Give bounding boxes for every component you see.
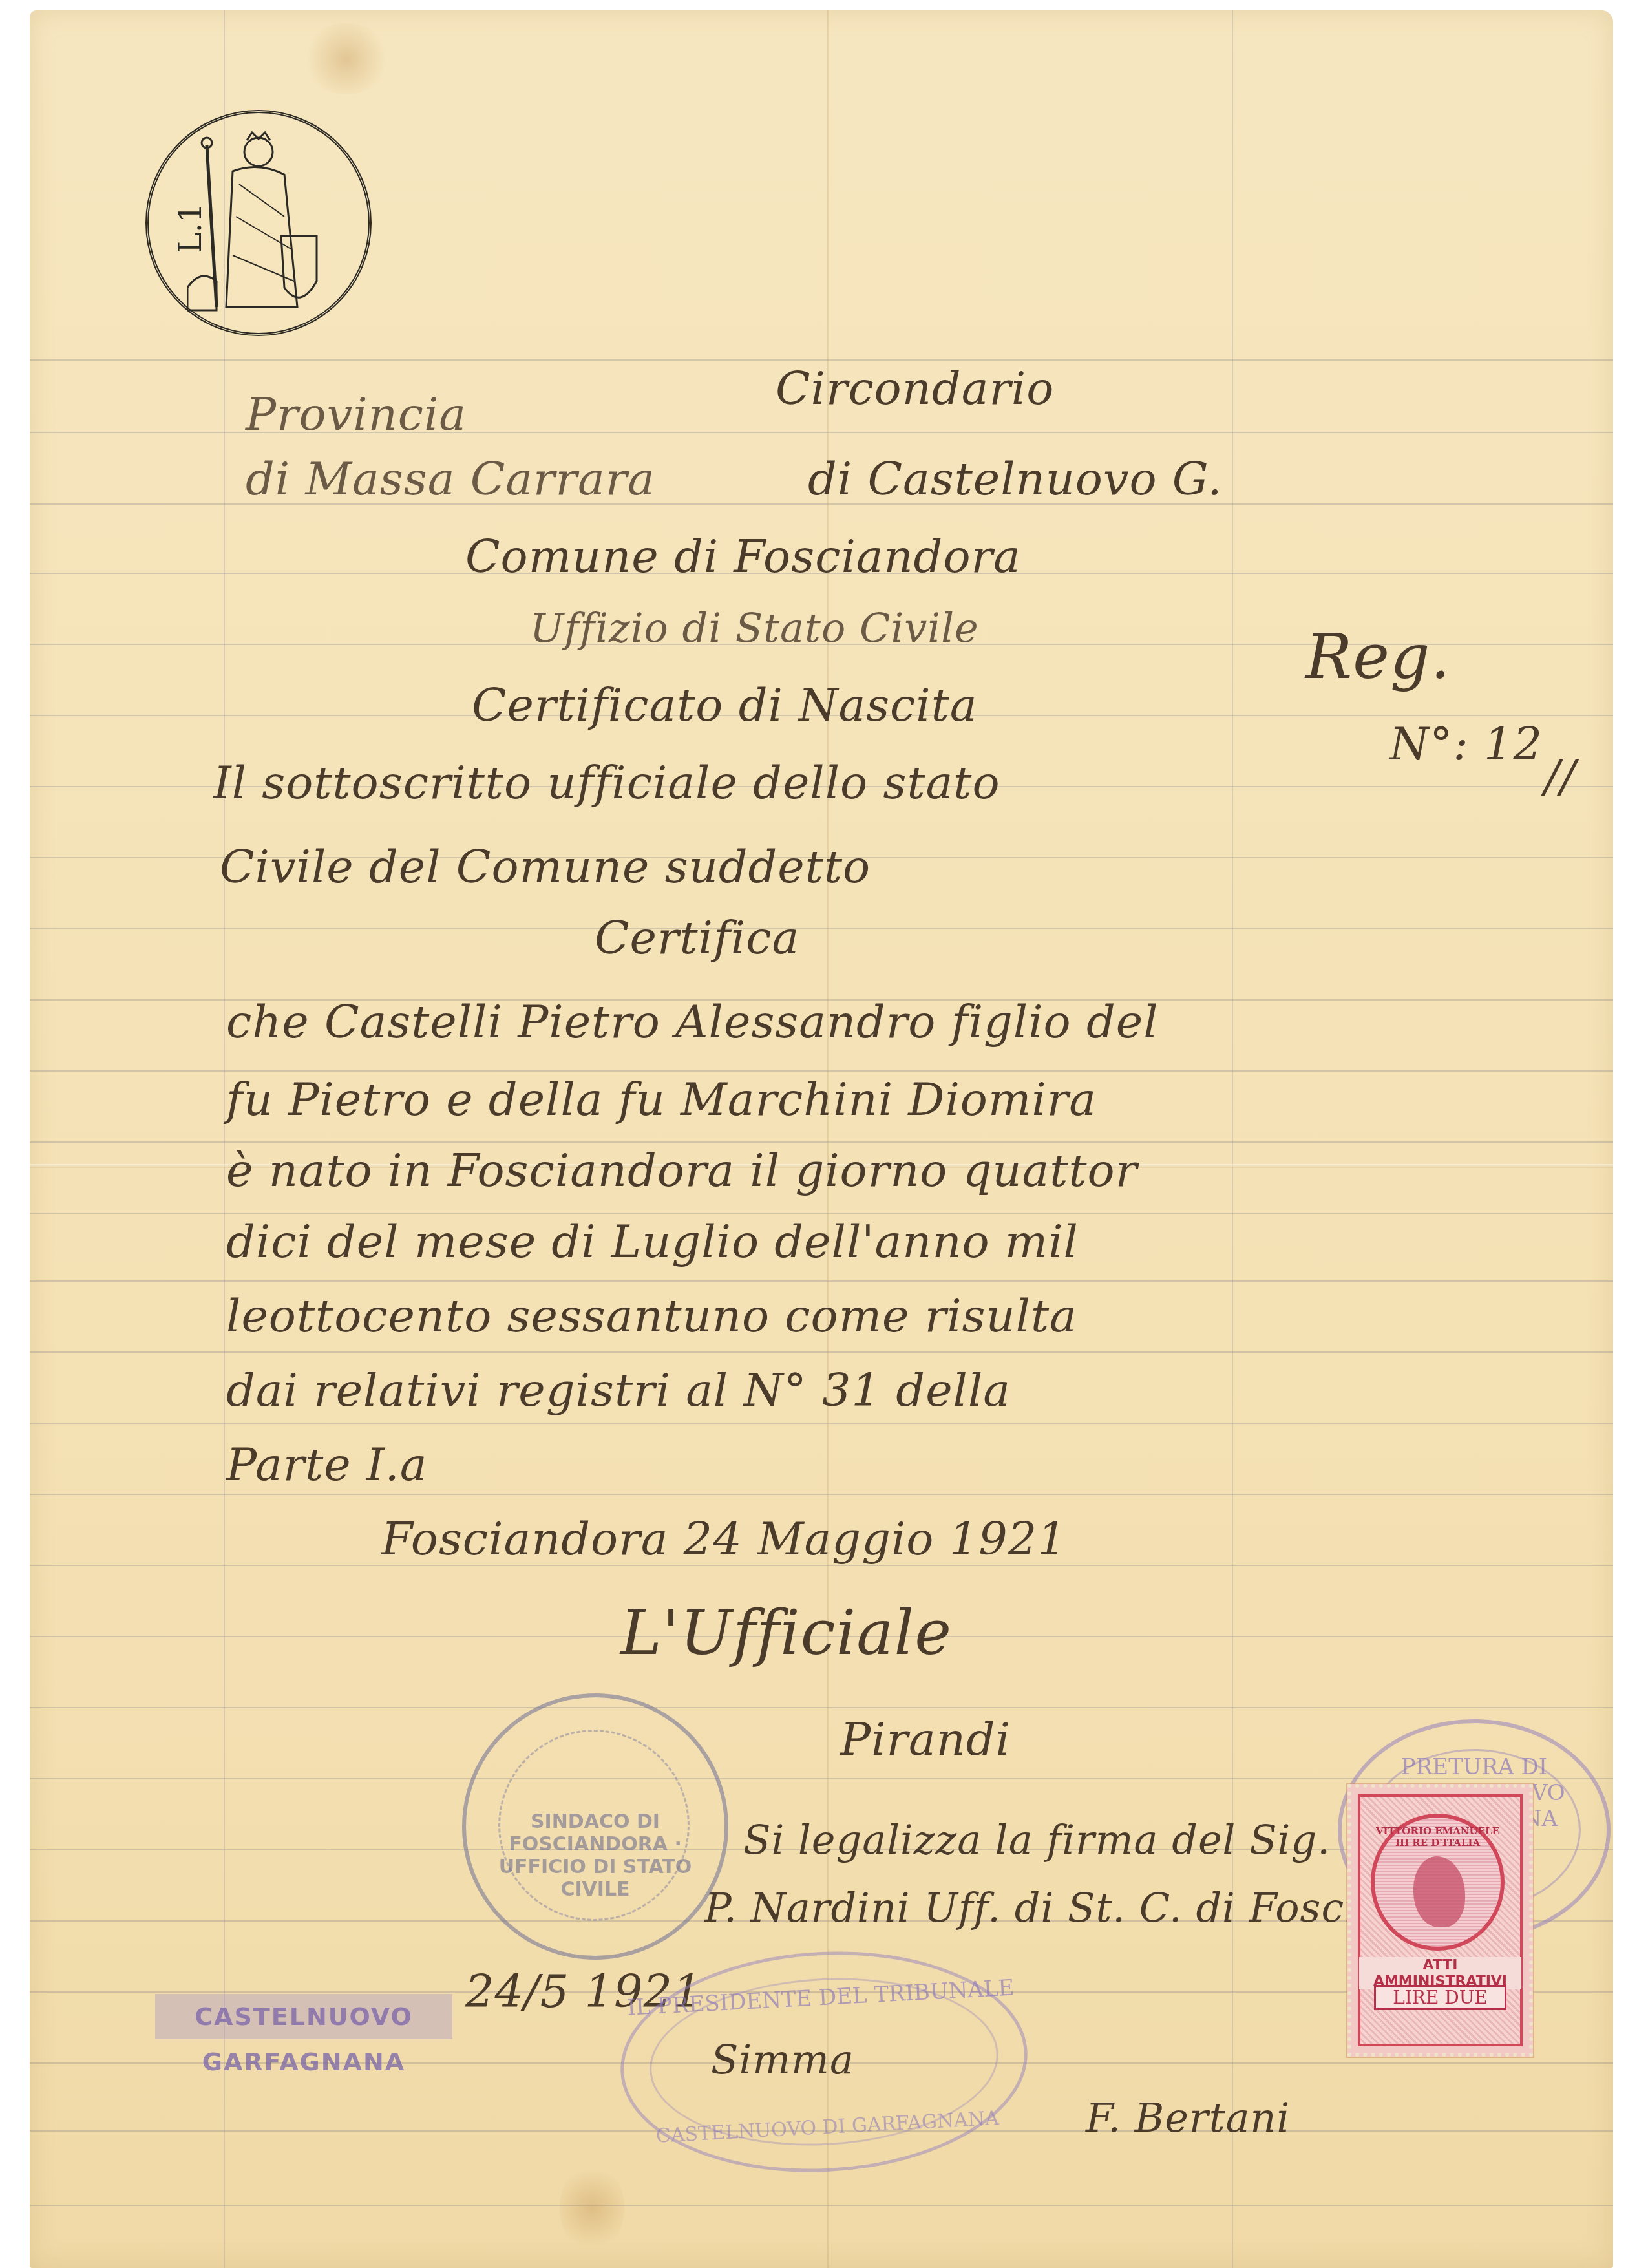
- italia-turrita-emblem: L.1: [145, 110, 372, 336]
- ufficio-name: Uffizio di Stato Civile: [530, 604, 979, 652]
- comune-name: Comune di Fosciandora: [465, 530, 1021, 583]
- ruled-line: [30, 359, 1613, 361]
- body-line-9: dai relativi registri al N° 31 della: [226, 1364, 1011, 1417]
- ruled-line: [30, 1070, 1613, 1072]
- register-label: Reg.: [1305, 620, 1451, 693]
- body-line-8: leottocento sessantuno come risulta: [226, 1289, 1077, 1342]
- margin-line: [224, 10, 225, 2268]
- body-line-5: fu Pietro e della fu Marchini Diomira: [226, 1073, 1097, 1126]
- italia-figure-icon: [187, 126, 330, 313]
- second-signature: F. Bertani: [1086, 2094, 1290, 2141]
- signatory-title: L'Ufficiale: [620, 1596, 952, 1669]
- age-stain: [301, 23, 392, 94]
- certificate-title: Certificato di Nascita: [472, 679, 978, 732]
- ruled-line: [30, 1280, 1613, 1282]
- body-line-7: dici del mese di Luglio dell'anno mil: [226, 1215, 1079, 1268]
- ruled-line: [30, 928, 1613, 929]
- signatory-signature: Pirandi: [840, 1713, 1011, 1766]
- provincia-label: Provincia: [246, 388, 467, 441]
- body-line-4: che Castelli Pietro Alessandro figlio de…: [226, 995, 1159, 1048]
- circondario-label: Circondario: [776, 362, 1054, 415]
- age-stain: [560, 2163, 624, 2253]
- revenue-ring-text: VITTORIO EMANUELE III RE D'ITALIA: [1375, 1825, 1501, 1849]
- revenue-stamp: VITTORIO EMANUELE III RE D'ITALIA ATTI A…: [1347, 1784, 1533, 2057]
- place-date: Fosciandora 24 Maggio 1921: [381, 1512, 1067, 1565]
- body-line-6: è nato in Fosciandora il giorno quattor: [226, 1144, 1137, 1197]
- body-line-10: Parte I.a: [226, 1438, 428, 1491]
- revenue-value: LIRE DUE: [1374, 1985, 1506, 2010]
- register-number: N°: 12: [1389, 717, 1543, 770]
- ruled-line: [30, 1423, 1613, 1424]
- legalization-line-1: Si legalizza la firma del Sig.: [743, 1816, 1331, 1863]
- ruled-line: [30, 2205, 1613, 2206]
- ruled-line: [30, 1351, 1613, 1353]
- ruled-line: [30, 1707, 1613, 1708]
- provincia-name: di Massa Carrara: [246, 452, 655, 505]
- circondario-name: di Castelnuovo G.: [808, 452, 1223, 505]
- castelnuovo-rect-stamp: CASTELNUOVO GARFAGNANA: [155, 1994, 452, 2039]
- king-portrait-oval: VITTORIO EMANUELE III RE D'ITALIA: [1371, 1814, 1505, 1951]
- ruled-line: [30, 1213, 1613, 1214]
- king-profile-icon: [1413, 1856, 1465, 1927]
- body-line-1: Il sottoscritto ufficiale dello stato: [213, 756, 1000, 809]
- seal-text: SINDACO DI FOSCIANDORA · UFFICIO DI STAT…: [466, 1810, 724, 1901]
- ruled-line: [30, 1494, 1613, 1495]
- body-line-2: Civile del Comune suddetto: [220, 840, 871, 893]
- register-mark: //: [1545, 750, 1576, 803]
- municipal-seal: SINDACO DI FOSCIANDORA · UFFICIO DI STAT…: [462, 1693, 728, 1960]
- ruled-line: [30, 1141, 1613, 1143]
- certifica-heading: Certifica: [595, 911, 799, 964]
